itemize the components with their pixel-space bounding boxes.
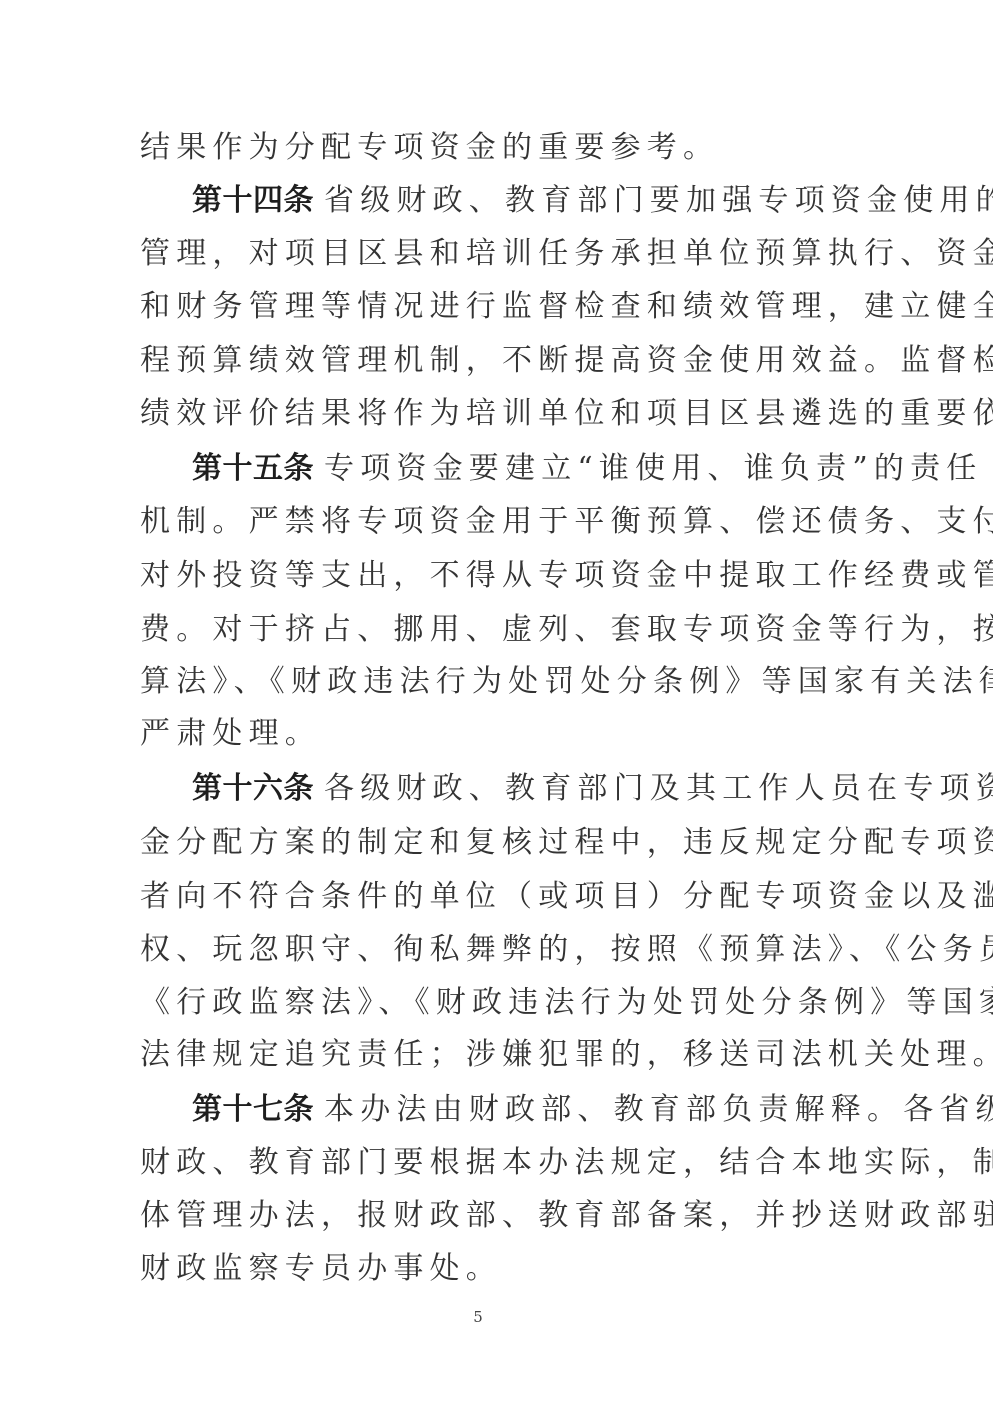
paragraph-line: 权、玩忽职守、徇私舞弊的，按照《预算法》、《公务员法》、: [140, 930, 852, 970]
paragraph-line: 结果作为分配专项资金的重要参考。: [140, 128, 852, 168]
paragraph-line: 绩效评价结果将作为培训单位和项目区县遴选的重要依据。: [140, 394, 852, 434]
paragraph-line: 费。对于挤占、挪用、虚列、套取专项资金等行为，按照《预: [140, 610, 852, 650]
paragraph-line: 管理，对项目区县和培训任务承担单位预算执行、资金使用: [140, 234, 852, 274]
article-heading: 第十六条: [192, 771, 314, 806]
paragraph-line: 法律规定追究责任；涉嫌犯罪的，移送司法机关处理。: [140, 1035, 852, 1075]
paragraph-text: 省级财政、教育部门要加强专项资金使用的: [324, 183, 993, 218]
paragraph-text: 本办法由财政部、教育部负责解释。各省级: [324, 1092, 993, 1127]
page-number: 5: [468, 1307, 488, 1327]
paragraph-line: 算法》、《财政违法行为处罚处分条例》等国家有关法律规定: [140, 662, 852, 702]
paragraph-line: 严肃处理。: [140, 714, 852, 754]
paragraph-line: 程预算绩效管理机制，不断提高资金使用效益。监督检查、: [140, 341, 852, 381]
paragraph-line: 体管理办法，报财政部、教育部备案，并抄送财政部驻当地: [140, 1196, 852, 1236]
article-heading: 第十四条: [192, 183, 314, 218]
article-16-first-line: 第十六条各级财政、教育部门及其工作人员在专项资: [192, 769, 852, 809]
paragraph-line: 机制。严禁将专项资金用于平衡预算、偿还债务、支付利息、: [140, 502, 852, 542]
paragraph-line: 财政监察专员办事处。: [140, 1249, 852, 1289]
paragraph-line: 财政、教育部门要根据本办法规定，结合本地实际，制定具: [140, 1143, 852, 1183]
paragraph-line: 金分配方案的制定和复核过程中，违反规定分配专项资金或: [140, 823, 852, 863]
article-14-first-line: 第十四条省级财政、教育部门要加强专项资金使用的: [192, 181, 852, 221]
article-heading: 第十五条: [192, 451, 314, 486]
article-17-first-line: 第十七条本办法由财政部、教育部负责解释。各省级: [192, 1090, 852, 1130]
paragraph-line: 和财务管理等情况进行监督检查和绩效管理，建立健全全过: [140, 287, 852, 327]
article-heading: 第十七条: [192, 1092, 314, 1127]
paragraph-line: 对外投资等支出，不得从专项资金中提取工作经费或管理经: [140, 556, 852, 596]
article-15-first-line: 第十五条专项资金要建立“谁使用、谁负责”的责任: [192, 449, 852, 489]
paragraph-text: 各级财政、教育部门及其工作人员在专项资: [324, 771, 993, 806]
document-page: 结果作为分配专项资金的重要参考。 第十四条省级财政、教育部门要加强专项资金使用的…: [0, 0, 993, 1404]
paragraph-line: 《行政监察法》、《财政违法行为处罚处分条例》等国家有关: [140, 983, 852, 1023]
paragraph-line: 者向不符合条件的单位（或项目）分配专项资金以及滥用职: [140, 877, 852, 917]
paragraph-text: 专项资金要建立“谁使用、谁负责”的责任: [324, 451, 982, 486]
